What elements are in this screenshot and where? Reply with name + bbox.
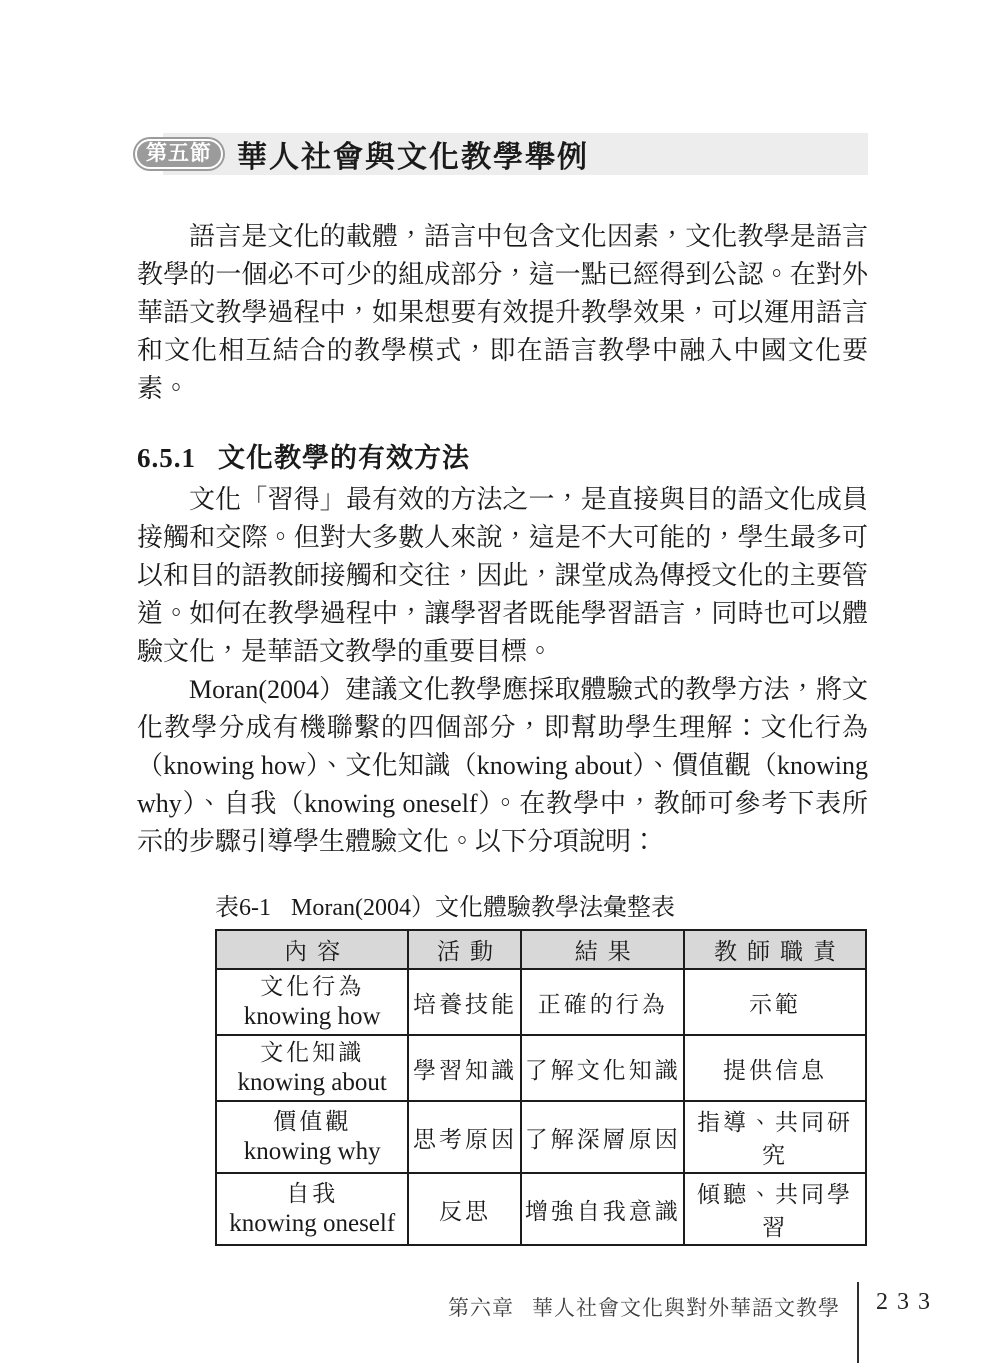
header-teacher-duty: 教師職責 bbox=[684, 930, 866, 969]
cell-content: 文化知識 knowing about bbox=[216, 1035, 408, 1101]
section-header-bar: 第五節 華人社會與文化教學舉例 bbox=[163, 133, 868, 175]
cell-result: 正確的行為 bbox=[521, 969, 684, 1035]
cell-content: 自我 knowing oneself bbox=[216, 1173, 408, 1245]
content-zh: 自我 bbox=[219, 1179, 405, 1209]
subsection-heading: 6.5.1文化教學的有效方法 bbox=[137, 438, 868, 478]
subsection-title: 文化教學的有效方法 bbox=[218, 443, 470, 473]
page-content: 第五節 華人社會與文化教學舉例 語言是文化的載體，語言中包含文化因素，文化教學是… bbox=[137, 133, 868, 1246]
cell-activity: 思考原因 bbox=[408, 1101, 521, 1173]
footer-divider-rule bbox=[857, 1282, 859, 1363]
cell-result: 增強自我意識 bbox=[521, 1173, 684, 1245]
content-zh: 文化知識 bbox=[219, 1038, 405, 1068]
cell-activity: 反思 bbox=[408, 1173, 521, 1245]
table-header-row: 內容 活動 結果 教師職責 bbox=[216, 930, 866, 969]
table-row: 自我 knowing oneself 反思 增強自我意識 傾聽、共同學習 bbox=[216, 1173, 866, 1245]
table-row: 價值觀 knowing why 思考原因 了解深層原因 指導、共同研究 bbox=[216, 1101, 866, 1173]
cell-activity: 學習知識 bbox=[408, 1035, 521, 1101]
cell-content: 文化行為 knowing how bbox=[216, 969, 408, 1035]
subsection-number: 6.5.1 bbox=[137, 443, 196, 473]
footer-chapter-label: 第六章 bbox=[448, 1296, 514, 1320]
table-caption: 表6-1Moran(2004）文化體驗教學法彙整表 bbox=[215, 893, 868, 923]
cell-result: 了解深層原因 bbox=[521, 1101, 684, 1173]
book-page: { "colors": { "header_bar_bg": "#ededee"… bbox=[0, 0, 1000, 1363]
cell-teacher: 傾聽、共同學習 bbox=[684, 1173, 866, 1245]
cell-result: 了解文化知識 bbox=[521, 1035, 684, 1101]
paragraph-culture-acquisition: 文化「習得」最有效的方法之一，是直接與目的語文化成員接觸和交際。但對大多數人來說… bbox=[137, 481, 868, 671]
cell-teacher: 提供信息 bbox=[684, 1035, 866, 1101]
content-en: knowing oneself bbox=[219, 1209, 405, 1239]
cell-teacher: 示範 bbox=[684, 969, 866, 1035]
content-en: knowing how bbox=[219, 1002, 405, 1032]
header-result: 結果 bbox=[521, 930, 684, 969]
header-activity: 活動 bbox=[408, 930, 521, 969]
header-content: 內容 bbox=[216, 930, 408, 969]
content-zh: 價值觀 bbox=[219, 1107, 405, 1137]
paragraph-intro: 語言是文化的載體，語言中包含文化因素，文化教學是語言教學的一個必不可少的組成部分… bbox=[137, 218, 868, 408]
cell-content: 價值觀 knowing why bbox=[216, 1101, 408, 1173]
table-row: 文化知識 knowing about 學習知識 了解文化知識 提供信息 bbox=[216, 1035, 866, 1101]
moran-table: 內容 活動 結果 教師職責 文化行為 knowing how 培養技能 正確的行… bbox=[215, 929, 867, 1246]
cell-activity: 培養技能 bbox=[408, 969, 521, 1035]
table-caption-text: Moran(2004）文化體驗教學法彙整表 bbox=[291, 895, 675, 921]
footer-chapter-title: 華人社會文化與對外華語文教學 bbox=[532, 1296, 840, 1320]
content-zh: 文化行為 bbox=[219, 972, 405, 1002]
page-number: 233 bbox=[876, 1289, 939, 1316]
section-title: 華人社會與文化教學舉例 bbox=[237, 132, 589, 176]
cell-teacher: 指導、共同研究 bbox=[684, 1101, 866, 1173]
page-footer: 第六章華人社會文化與對外華語文教學 233 bbox=[448, 1282, 939, 1363]
table-row: 文化行為 knowing how 培養技能 正確的行為 示範 bbox=[216, 969, 866, 1035]
content-en: knowing about bbox=[219, 1068, 405, 1098]
content-en: knowing why bbox=[219, 1137, 405, 1167]
paragraph-moran: Moran(2004）建議文化教學應採取體驗式的教學方法，將文化教學分成有機聯繫… bbox=[137, 671, 868, 861]
section-number-badge: 第五節 bbox=[133, 137, 225, 171]
table-caption-label: 表6-1 bbox=[215, 895, 271, 921]
footer-chapter: 第六章華人社會文化與對外華語文教學 bbox=[448, 1292, 840, 1322]
